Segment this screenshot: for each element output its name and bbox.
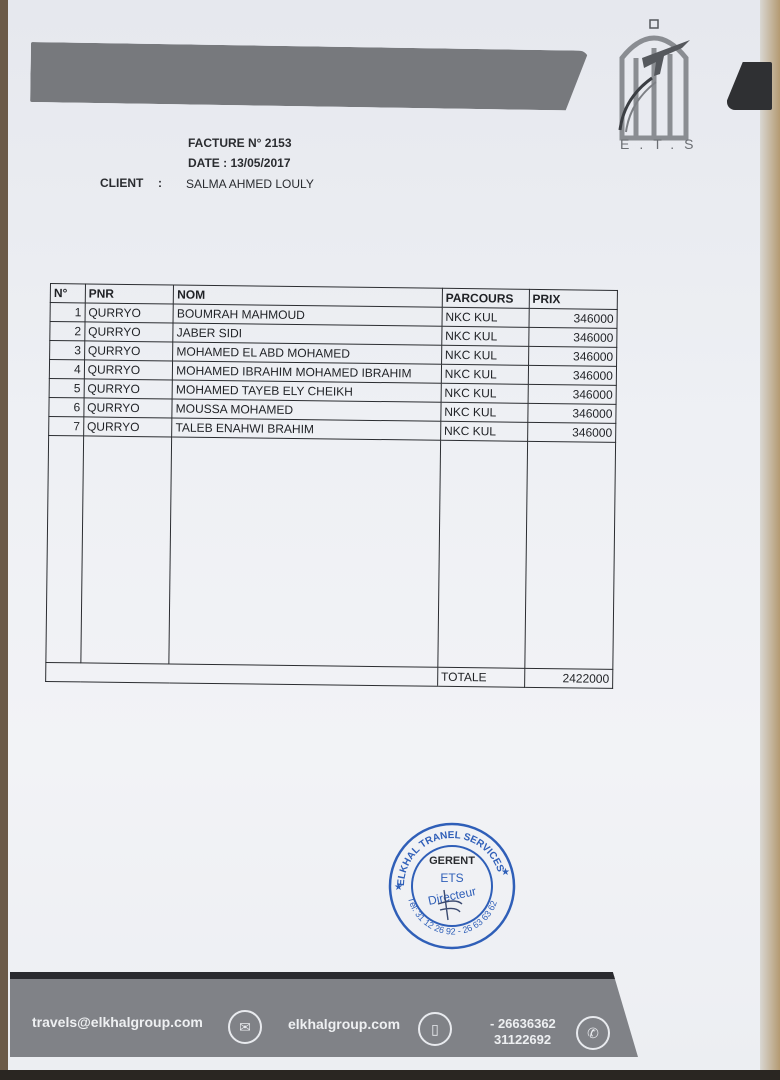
row-number: 4: [49, 360, 84, 379]
row-number: 5: [49, 378, 84, 397]
row-number: 7: [49, 416, 84, 435]
footer-email: travels@elkhalgroup.com: [32, 1014, 203, 1030]
svg-text:★: ★: [501, 867, 510, 878]
row-prix: 346000: [528, 346, 617, 366]
row-prix: 346000: [527, 403, 616, 423]
header-n: N°: [50, 284, 85, 303]
row-pnr: QURRYO: [85, 322, 174, 342]
logo-text: E.T.S: [620, 136, 690, 152]
invoice-table-container: N° PNR NOM PARCOURS PRIX 1QURRYOBOUMRAH …: [45, 283, 618, 702]
row-parcours: NKC KUL: [441, 345, 528, 365]
row-pnr: QURRYO: [84, 341, 173, 361]
client-colon: :: [158, 176, 162, 190]
mail-icon: ✉: [228, 1010, 262, 1044]
invoice-date: DATE : 13/05/2017: [188, 156, 291, 170]
total-label: TOTALE: [437, 667, 524, 687]
footer-website: elkhalgroup.com: [288, 1016, 400, 1032]
row-parcours: NKC KUL: [440, 421, 527, 441]
phone-icon: ✆: [576, 1016, 610, 1050]
row-pnr: QURRYO: [85, 303, 174, 323]
row-parcours: NKC KUL: [441, 383, 528, 403]
invoice-table: N° PNR NOM PARCOURS PRIX 1QURRYOBOUMRAH …: [45, 283, 618, 689]
svg-text:★: ★: [394, 882, 403, 893]
background-edge: [760, 0, 780, 1080]
svg-text:Directeur: Directeur: [427, 884, 478, 908]
row-pnr: QURRYO: [83, 417, 172, 437]
svg-text:GERENT: GERENT: [429, 855, 475, 867]
row-pnr: QURRYO: [84, 379, 173, 399]
client-label: CLIENT: [100, 176, 143, 190]
row-prix: 346000: [527, 422, 616, 442]
company-stamp-icon: ELKHAL TRANEL SERVICES Tél: 31 12 26 92 …: [386, 820, 518, 952]
row-pnr: QURRYO: [84, 398, 173, 418]
row-number: 3: [50, 341, 85, 360]
row-prix: 346000: [528, 327, 617, 347]
row-parcours: NKC KUL: [441, 402, 528, 422]
footer-phone-line2: 31122692: [490, 1032, 556, 1048]
row-pnr: QURRYO: [84, 360, 173, 380]
row-prix: 346000: [529, 308, 618, 328]
header-prix: PRIX: [529, 289, 618, 309]
row-prix: 346000: [528, 384, 617, 404]
footer-phone-line1: - 26636362: [490, 1016, 556, 1032]
row-parcours: NKC KUL: [441, 364, 528, 384]
background-shadow: [0, 1070, 780, 1080]
row-prix: 346000: [528, 365, 617, 385]
row-parcours: NKC KUL: [442, 307, 529, 327]
header-parcours: PARCOURS: [442, 288, 529, 308]
header-pnr: PNR: [85, 284, 174, 304]
row-number: 2: [50, 322, 85, 341]
mobile-icon: ▯: [418, 1012, 452, 1046]
total-value: 2422000: [524, 668, 613, 688]
row-number: 6: [49, 397, 84, 416]
footer-phone: - 26636362 31122692: [490, 1016, 556, 1048]
invoice-number: FACTURE N° 2153: [188, 136, 292, 150]
row-number: 1: [50, 303, 85, 322]
client-name: SALMA AHMED LOULY: [186, 177, 314, 191]
svg-text:ETS: ETS: [440, 871, 463, 885]
header-band: [30, 42, 589, 111]
empty-rows-area: [46, 435, 616, 669]
row-parcours: NKC KUL: [442, 326, 529, 346]
